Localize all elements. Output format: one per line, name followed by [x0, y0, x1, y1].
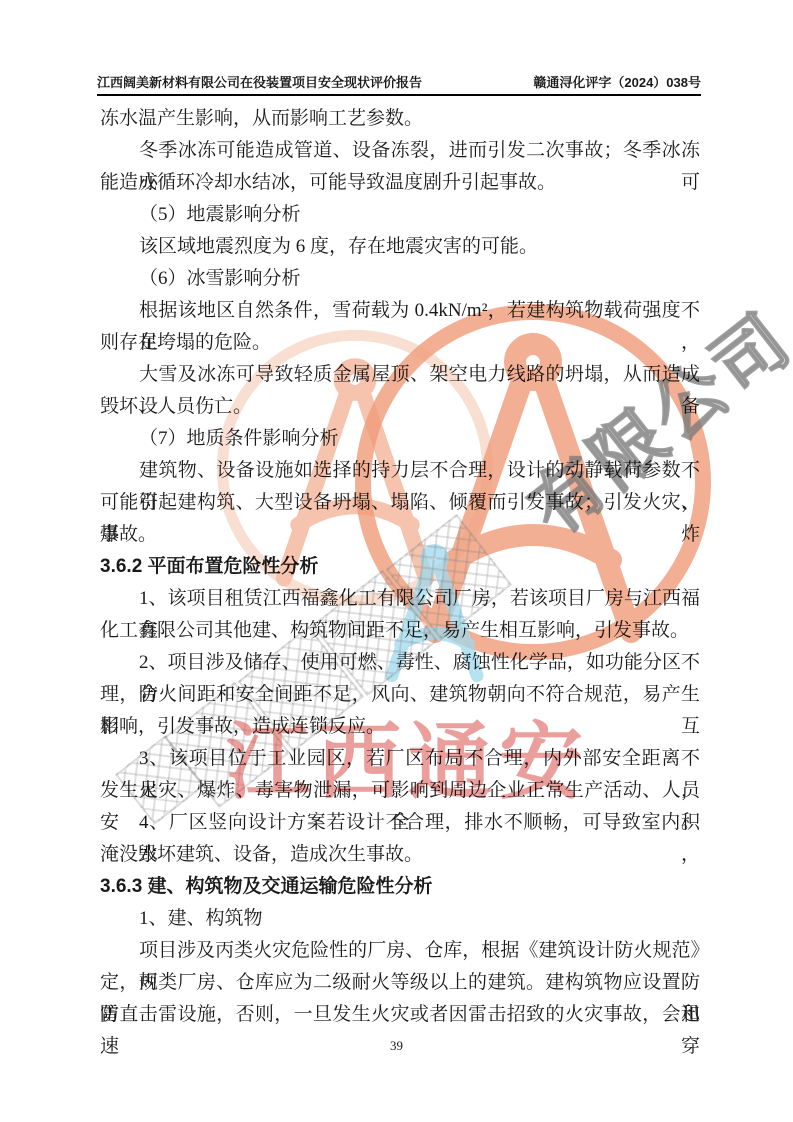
text-line: 化工有限公司其他建、构筑物间距不足，易产生相互影响，引发事故。 [100, 615, 700, 647]
text-line: 1、该项目租赁江西福鑫化工有限公司厂房，若该项目厂房与江西福鑫 [100, 583, 700, 615]
text-line: （6）冰雪影响分析 [100, 263, 700, 295]
header-doc-number: 赣通浔化评字（2024）038号 [533, 75, 701, 90]
text-line: 建筑物、设备设施如选择的持力层不合理，设计的动静载荷参数不符， [100, 455, 700, 487]
text-line: （7）地质条件影响分析 [100, 423, 700, 455]
text-line: 防直击雷设施，否则，一旦发生火灾或者因雷击招致的火灾事故，会迅速穿 [100, 999, 700, 1031]
text-line: 1、建、构筑物 [100, 903, 700, 935]
text-line: 发生火灾、爆炸、毒害物泄漏，可影响到周边企业正常生产活动、人员安全。 [100, 775, 700, 807]
section-heading: 3.6.3 建、构筑物及交通运输危险性分析 [100, 871, 700, 903]
text-line: 2、项目涉及储存、使用可燃、毒性、腐蚀性化学品，如功能分区不合 [100, 647, 700, 679]
text-line: 冬季冰冻可能造成管道、设备冻裂，进而引发二次事故；冬季冰冻亦可 [100, 135, 700, 167]
text-line: 可能引起建构筑、大型设备坍塌、塌陷、倾覆而引发事故；引发火灾、爆炸 [100, 487, 700, 519]
text-line: 大雪及冰冻可导致轻质金属屋顶、架空电力线路的坍塌，从而造成设备 [100, 359, 700, 391]
page-header: 江西阔美新材料有限公司在役装置项目安全现状评价报告 赣通浔化评字（2024）03… [97, 66, 701, 96]
document-page: 江西阔美新材料有限公司在役装置项目安全现状评价报告 赣通浔化评字（2024）03… [0, 0, 793, 1122]
text-line: 冻水温产生影响，从而影响工艺参数。 [100, 103, 700, 135]
text-line: 项目涉及丙类火灾危险性的厂房、仓库，根据《建筑设计防火规范》规 [100, 935, 700, 967]
text-line: 该区域地震烈度为 6 度，存在地震灾害的可能。 [100, 231, 700, 263]
text-line: （5）地震影响分析 [100, 199, 700, 231]
text-line: 定，丙类厂房、仓库应为二级耐火等级以上的建筑。建构筑物应设置防雷和 [100, 967, 700, 999]
body-text: 冻水温产生影响，从而影响工艺参数。冬季冰冻可能造成管道、设备冻裂，进而引发二次事… [100, 103, 700, 1031]
text-line: 理，防火间距和安全间距不足，风向、建筑物朝向不符合规范，易产生相互 [100, 679, 700, 711]
text-line: 根据该地区自然条件，雪荷载为 0.4kN/m²，若建构筑物载荷强度不足， [100, 295, 700, 327]
text-line: 3、该项目位于工业园区，若厂区布局不合理，内外部安全距离不足， [100, 743, 700, 775]
header-report-title: 江西阔美新材料有限公司在役装置项目安全现状评价报告 [97, 75, 422, 90]
section-heading: 3.6.2 平面布置危险性分析 [100, 551, 700, 583]
page-number: 39 [0, 1038, 793, 1054]
text-line: 4、厂区竖向设计方案若设计不合理，排水不顺畅，可导致室内积水， [100, 807, 700, 839]
